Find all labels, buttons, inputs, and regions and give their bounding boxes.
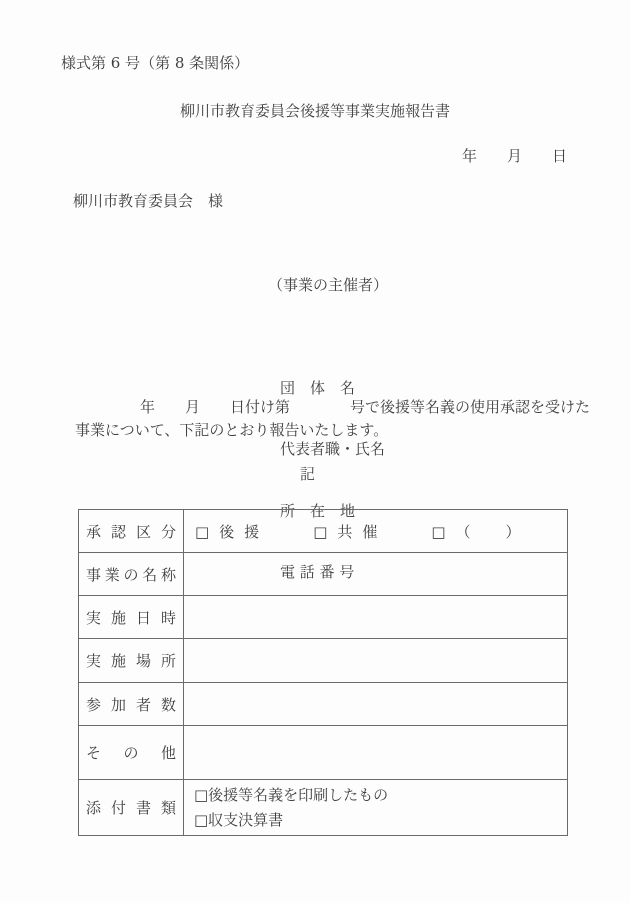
approval-category-cell: □後援 □共催 □（ ）: [184, 510, 568, 553]
event-datetime-cell: [184, 596, 568, 639]
form-number: 様式第 6 号（第 8 条関係）: [61, 54, 249, 73]
table-row-event-name: 事業の名称: [79, 553, 568, 596]
document-page: 様式第 6 号（第 8 条関係） 柳川市教育委員会後援等事業実施報告書 年 月 …: [0, 0, 630, 903]
table-row-approval-category: 承認区分 □後援 □共催 □（ ）: [79, 510, 568, 553]
page-title: 柳川市教育委員会後援等事業実施報告書: [0, 102, 630, 121]
table-row-event-place: 実施場所: [79, 639, 568, 683]
event-name-cell: [184, 553, 568, 596]
date-line: 年 月 日: [462, 147, 567, 166]
row-label-attachments: 添付書類: [79, 780, 184, 836]
checkbox-option-kyousai: □共催: [313, 521, 387, 542]
row-label-participants: 参加者数: [79, 683, 184, 726]
event-place-cell: [184, 639, 568, 683]
row-label-other: その他: [79, 726, 184, 780]
attachment-line-printed-material: □後援等名義を印刷したもの: [194, 783, 567, 808]
table-row-event-datetime: 実施日時: [79, 596, 568, 639]
attachments-cell: □後援等名義を印刷したもの □収支決算書: [184, 780, 568, 836]
row-label-event-place: 実施場所: [79, 639, 184, 683]
attachment-line-financial-report: □収支決算書: [194, 808, 567, 833]
field-representative-name: 代表者職・氏名: [280, 438, 388, 461]
other-cell: [184, 726, 568, 780]
row-label-event-name: 事業の名称: [79, 553, 184, 596]
table-row-attachments: 添付書類 □後援等名義を印刷したもの □収支決算書: [79, 780, 568, 836]
participants-cell: [184, 683, 568, 726]
addressee: 柳川市教育委員会 様: [73, 192, 223, 211]
body-line-1: 年 月 日付け第 号で後援等名義の使用承認を受けた: [75, 396, 567, 419]
organizer-heading: （事業の主催者）: [268, 276, 388, 295]
section-mark-ki: 記: [0, 465, 615, 484]
row-label-event-datetime: 実施日時: [79, 596, 184, 639]
table-row-participants: 参加者数: [79, 683, 568, 726]
checkbox-option-other: □（ ）: [431, 521, 530, 542]
row-label-approval-category: 承認区分: [79, 510, 184, 553]
approval-options: □後援 □共催 □（ ）: [184, 521, 567, 542]
report-table: 承認区分 □後援 □共催 □（ ） 事業の名称 実施日時 実施場所 参加者数: [78, 509, 568, 836]
table-row-other: その他: [79, 726, 568, 780]
checkbox-option-kouen: □後援: [195, 521, 269, 542]
body-line-2: 事業について、下記のとおり報告いたします。: [75, 419, 567, 442]
body-paragraph: 年 月 日付け第 号で後援等名義の使用承認を受けた 事業について、下記のとおり報…: [75, 396, 567, 441]
